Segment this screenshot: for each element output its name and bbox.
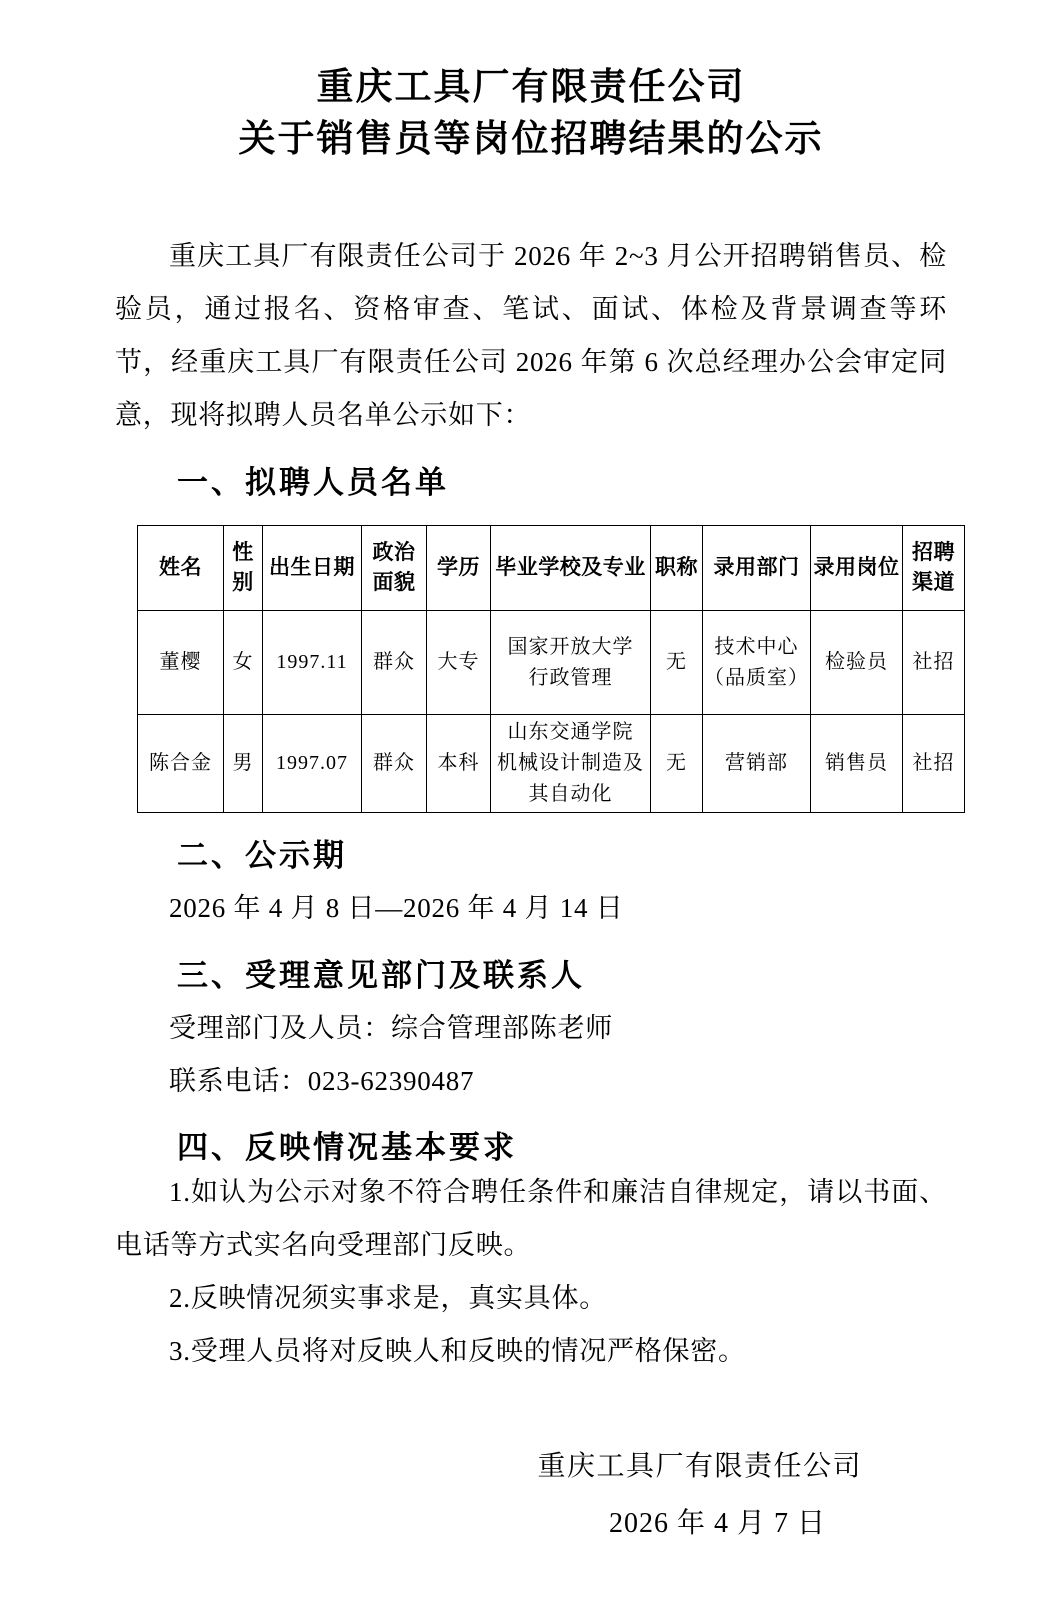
col-header-professional-title: 职称 (651, 526, 703, 611)
col-header-channel: 招聘渠道 (903, 526, 965, 611)
cell-birthdate: 1997.11 (263, 611, 362, 715)
candidates-table: 姓名 性别 出生日期 政治面貌 学历 毕业学校及专业 职称 录用部门 录用岗位 … (137, 525, 965, 813)
cell-school-major: 国家开放大学 行政管理 (491, 611, 651, 715)
col-header-political-status: 政治面貌 (362, 526, 427, 611)
title-line-1: 重庆工具厂有限责任公司 (115, 62, 947, 114)
col-header-birthdate: 出生日期 (263, 526, 362, 611)
cell-department: 技术中心 （品质室） (703, 611, 811, 715)
cell-political-status: 群众 (362, 611, 427, 715)
cell-gender: 女 (224, 611, 263, 715)
contact-phone-line: 联系电话：023-62390487 (115, 1055, 947, 1108)
cell-gender: 男 (224, 715, 263, 813)
cell-birthdate: 1997.07 (263, 715, 362, 813)
section4-heading: 四、反映情况基本要求 (115, 1130, 947, 1166)
cell-channel: 社招 (903, 715, 965, 813)
cell-political-status: 群众 (362, 715, 427, 813)
col-header-name: 姓名 (138, 526, 224, 611)
cell-education: 大专 (427, 611, 491, 715)
document-page: 重庆工具厂有限责任公司 关于销售员等岗位招聘结果的公示 重庆工具厂有限责任公司于… (0, 0, 1062, 1600)
cell-professional-title: 无 (651, 715, 703, 813)
requirement-item-2: 2.反映情况须实事求是，真实具体。 (115, 1272, 947, 1325)
section2-heading: 二、公示期 (115, 829, 947, 882)
cell-position: 销售员 (811, 715, 903, 813)
section3-heading: 三、受理意见部门及联系人 (115, 949, 947, 1002)
cell-channel: 社招 (903, 611, 965, 715)
cell-name: 董樱 (138, 611, 224, 715)
requirement-item-1: 1.如认为公示对象不符合聘任条件和廉洁自律规定，请以书面、电话等方式实名向受理部… (115, 1166, 947, 1272)
table-row: 陈合金 男 1997.07 群众 本科 山东交通学院 机械设计制造及 其自动化 … (138, 715, 965, 813)
col-header-education: 学历 (427, 526, 491, 611)
table-row: 董樱 女 1997.11 群众 大专 国家开放大学 行政管理 无 技术中心 （品… (138, 611, 965, 715)
title-line-2: 关于销售员等岗位招聘结果的公示 (115, 114, 947, 166)
signature-block: 重庆工具厂有限责任公司 2026 年 4 月 7 日 (115, 1438, 947, 1552)
cell-name: 陈合金 (138, 715, 224, 813)
cell-department: 营销部 (703, 715, 811, 813)
col-header-department: 录用部门 (703, 526, 811, 611)
publicity-period: 2026 年 4 月 8 日—2026 年 4 月 14 日 (115, 882, 947, 935)
section1-heading: 一、拟聘人员名单 (115, 456, 947, 509)
requirement-item-3: 3.受理人员将对反映人和反映的情况严格保密。 (115, 1325, 947, 1378)
cell-school-major: 山东交通学院 机械设计制造及 其自动化 (491, 715, 651, 813)
col-header-gender: 性别 (224, 526, 263, 611)
contact-department-line: 受理部门及人员：综合管理部陈老师 (115, 1002, 947, 1055)
signature-date: 2026 年 4 月 7 日 (115, 1495, 947, 1552)
cell-professional-title: 无 (651, 611, 703, 715)
table-header-row: 姓名 性别 出生日期 政治面貌 学历 毕业学校及专业 职称 录用部门 录用岗位 … (138, 526, 965, 611)
cell-education: 本科 (427, 715, 491, 813)
intro-paragraph: 重庆工具厂有限责任公司于 2026 年 2~3 月公开招聘销售员、检验员，通过报… (115, 230, 947, 442)
cell-position: 检验员 (811, 611, 903, 715)
col-header-position: 录用岗位 (811, 526, 903, 611)
document-title: 重庆工具厂有限责任公司 关于销售员等岗位招聘结果的公示 (115, 62, 947, 166)
col-header-school-major: 毕业学校及专业 (491, 526, 651, 611)
signature-organization: 重庆工具厂有限责任公司 (115, 1438, 947, 1495)
